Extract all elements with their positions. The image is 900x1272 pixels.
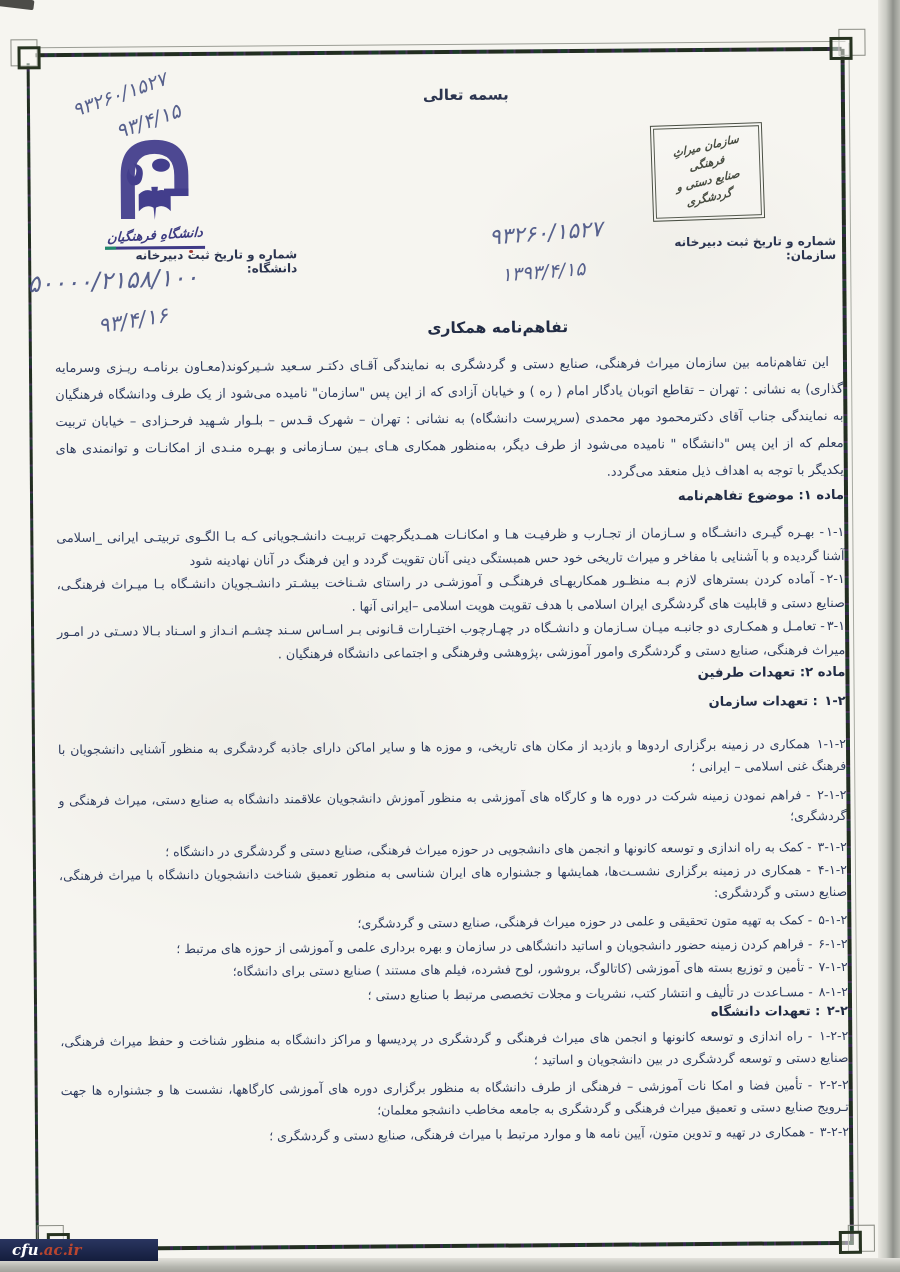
section-label: : تعهدات دانشگاه	[711, 1004, 825, 1020]
watermark: cfu .ac.ir	[0, 1239, 158, 1261]
scanned-document-page: بسمه تعالی ۹۳۲۶۰/۱۵۲۷ ۹۳/۴/۱۵ دانشگاهِ ف…	[0, 0, 900, 1272]
item-text: - تأمین و توزیع بسته های آموزشی (کاتالوگ…	[233, 959, 813, 979]
organization-registry-date-handwritten: ۱۳۹۳/۴/۱۵	[501, 258, 587, 286]
organization-stamp: سازمان میراثِ فرهنگی صنایع دستی و گردشگر…	[650, 122, 765, 222]
obligation-item: ۱-۲-۲ - راه اندازی و توسعه کانونها و انج…	[60, 1025, 848, 1075]
item-text: همکاری در زمینه برگزاری اردوها و بازدید …	[58, 736, 846, 774]
item-text: - کمک به تهیه متون تحقیقی و علمی در حوزه…	[357, 912, 812, 931]
obligation-item: ۳-۲-۲ - همکاری در تهیه و تدوین متون، آیی…	[61, 1121, 849, 1149]
item-text: - کمک به راه اندازی و توسعه کانونها و ان…	[165, 839, 812, 859]
clause-text: - آماده کردن بسترهای لازم بـه منظـور همک…	[57, 571, 845, 613]
obligation-item: ۱-۱-۲ همکاری در زمینه برگزاری اردوها و ب…	[58, 733, 846, 783]
clause-number: ۳-۱	[827, 614, 845, 638]
item-number: ۷-۱-۲	[818, 956, 847, 978]
item-number: ۳-۲-۲	[820, 1121, 849, 1143]
item-text: - راه اندازی و توسعه کانونها و انجمن های…	[60, 1028, 848, 1067]
clause: ۲-۱- آماده کردن بسترهای لازم بـه منظـور …	[57, 567, 845, 620]
obligation-item: ۲-۲-۲ - تأمین فضا و امکا نات آموزشی – فر…	[61, 1074, 849, 1124]
section-label: : تعهدات سازمان	[709, 694, 823, 710]
watermark-cfu: cfu	[12, 1241, 39, 1259]
document-body: این تفاهم‌نامه بین سازمان میراث فرهنگی، …	[55, 349, 849, 1149]
item-number: ۲-۲-۲	[819, 1074, 848, 1096]
item-number: ۵-۱-۲	[818, 908, 847, 930]
clause: ۳-۱- تعامـل و همکـاری دو جانبـه میـان سـ…	[57, 614, 845, 667]
logo-book-emblem-icon	[106, 132, 203, 227]
item-number: ۳-۱-۲	[818, 836, 847, 858]
clause-number: ۲-۱	[826, 567, 844, 591]
item-text: - فراهم نمودن زمینه شرکت در دوره ها و کا…	[58, 787, 846, 824]
section-number: ۲-۲	[827, 1004, 848, 1019]
university-logo: دانشگاهِ فرهنگیان	[102, 132, 207, 249]
item-number: ۶-۱-۲	[818, 933, 847, 955]
intro-paragraph: این تفاهم‌نامه بین سازمان میراث فرهنگی، …	[55, 349, 844, 490]
page-frame	[0, 0, 895, 4]
item-number: ۱-۱-۲	[817, 733, 846, 755]
logo-caption: دانشگاهِ فرهنگیان	[103, 225, 207, 246]
item-text: - فراهم کردن زمینه حضور دانشجویان و اسات…	[176, 937, 812, 957]
article-2-heading: ماده ۲: تعهدات طرفین	[57, 665, 845, 686]
clause-text: - تعامـل و همکـاری دو جانبـه میـان سـازم…	[57, 618, 845, 661]
clause-text: - بهـره گیـری دانشـگاه و سـازمان از تجـا…	[56, 524, 844, 567]
article-1-heading: ماده ۱: موضوع تفاهم‌نامه	[56, 488, 844, 509]
item-number: ۴-۱-۲	[818, 859, 847, 881]
item-text: - همکاری در زمینه برگزاری نشسـت‌ها، همای…	[59, 862, 847, 900]
scanner-edge-right	[878, 0, 900, 1272]
section-number: ۱-۲	[824, 694, 845, 709]
watermark-domain: .ac.ir	[39, 1241, 82, 1259]
item-number: ۱-۲-۲	[819, 1025, 848, 1047]
item-text: - همکاری در تهیه و تدوین متون، آیین نامه…	[269, 1124, 814, 1143]
obligation-item: ۴-۱-۲ - همکاری در زمینه برگزاری نشسـت‌ها…	[59, 859, 847, 909]
item-number: ۸-۱-۲	[819, 981, 848, 1003]
obligation-item: ۵-۱-۲ - کمک به تهیه متون تحقیقی و علمی د…	[59, 908, 847, 936]
item-number: ۲-۱-۲	[817, 783, 846, 805]
section-heading-organization: ۱-۲ : تعهدات سازمان	[58, 694, 846, 715]
item-text: - مسـاعدت در تألیف و انتشار کتب، نشریات …	[368, 984, 813, 1002]
organization-registry-label: شماره و تاریخ ثبت دبیرخانه سازمان:	[641, 234, 836, 264]
obligation-item: ۲-۱-۲ - فراهم نمودن زمینه شرکت در دوره ه…	[58, 783, 846, 833]
organization-registry-number-handwritten: ۹۳۲۶۰/۱۵۲۷	[488, 217, 603, 251]
item-text: - تأمین فضا و امکا نات آموزشی – فرهنگی ا…	[61, 1078, 849, 1118]
university-registry-number-handwritten: ۵۰۰۰۰/۲۱۵۸/۱۰۰	[27, 263, 199, 298]
page-tilt-wrapper: بسمه تعالی ۹۳۲۶۰/۱۵۲۷ ۹۳/۴/۱۵ دانشگاهِ ف…	[0, 0, 900, 1272]
clause: ۱-۱- بهـره گیـری دانشـگاه و سـازمان از ت…	[56, 520, 844, 573]
clause-number: ۱-۱	[826, 520, 844, 544]
